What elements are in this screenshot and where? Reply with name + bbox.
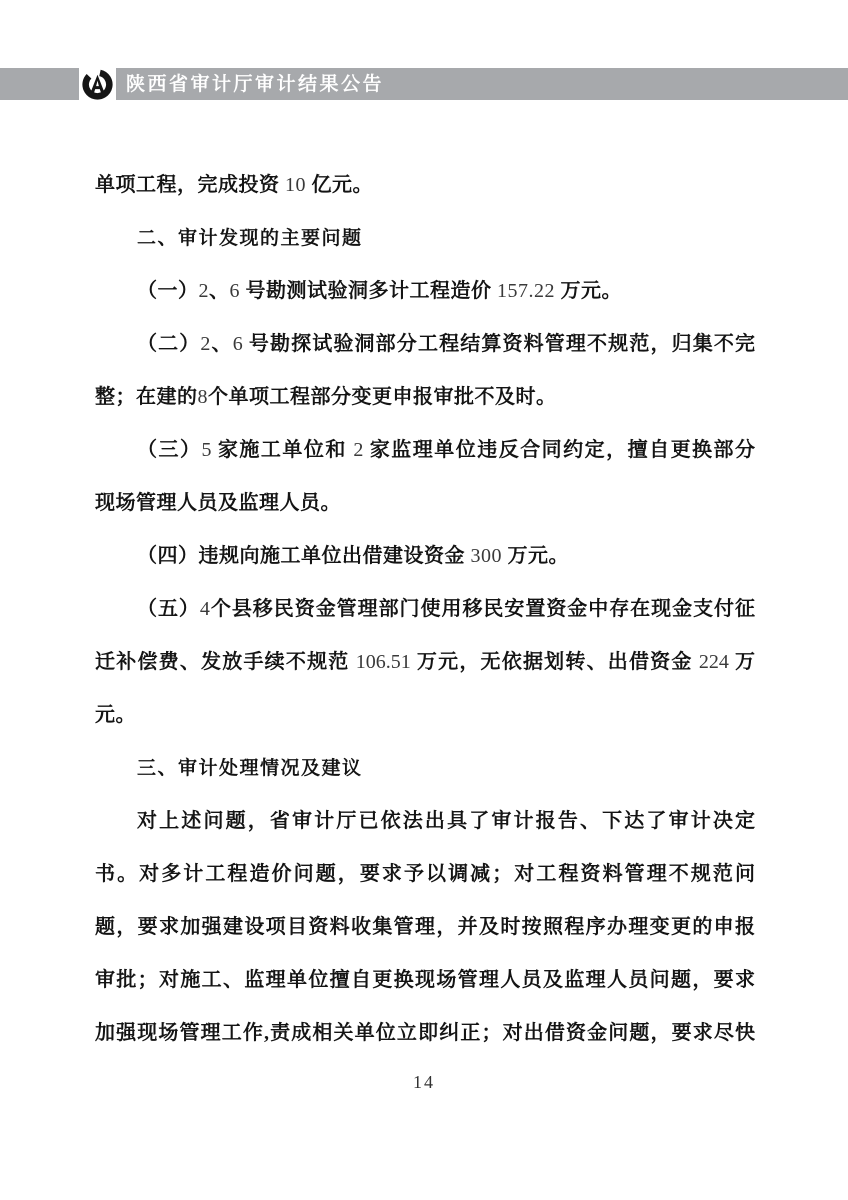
document-page: 陕西省审计厅审计结果公告 单项工程，完成投资 10 亿元。二、审计发现的主要问题…	[0, 0, 848, 1200]
numeric-value: 5	[201, 439, 211, 461]
text-line: 迁补偿费、发放手续不规范 106.51 万元，无依据划转、出借资金 224 万	[95, 636, 755, 689]
text-line: 现场管理人员及监理人员。	[95, 477, 755, 530]
section-heading: 二、审计发现的主要问题	[95, 212, 755, 265]
numeric-value: 4	[200, 598, 210, 620]
numeric-value: 157.22	[497, 280, 555, 302]
numeric-value: 10	[285, 174, 306, 196]
text-line: 题，要求加强建设项目资料收集管理，并及时按照程序办理变更的申报	[95, 901, 755, 954]
text-line: 对上述问题，省审计厅已依法出具了审计报告、下达了审计决定	[95, 795, 755, 848]
header-bar-left	[0, 68, 79, 100]
numeric-value: 6	[233, 333, 243, 355]
numeric-value: 2	[199, 280, 210, 302]
document-body: 单项工程，完成投资 10 亿元。二、审计发现的主要问题（一）2、6 号勘测试验洞…	[95, 159, 755, 1060]
numeric-value: 224	[699, 651, 729, 673]
text-line: 整；在建的8个单项工程部分变更申报审批不及时。	[95, 371, 755, 424]
numeric-value: 300	[471, 545, 503, 567]
numeric-value: 106.51	[356, 651, 411, 673]
text-line: （三）5 家施工单位和 2 家监理单位违反合同约定，擅自更换部分	[95, 424, 755, 477]
section-heading: 三、审计处理情况及建议	[95, 742, 755, 795]
text-line: 加强现场管理工作,责成相关单位立即纠正；对出借资金问题，要求尽快	[95, 1007, 755, 1060]
text-line: 单项工程，完成投资 10 亿元。	[95, 159, 755, 212]
numeric-value: 6	[230, 280, 241, 302]
header-bar: 陕西省审计厅审计结果公告	[116, 68, 848, 100]
text-line: （五）4个县移民资金管理部门使用移民安置资金中存在现金支付征	[95, 583, 755, 636]
header-title: 陕西省审计厅审计结果公告	[126, 68, 384, 100]
page-header: 陕西省审计厅审计结果公告	[0, 0, 848, 120]
numeric-value: 2	[353, 439, 363, 461]
text-line: （一）2、6 号勘测试验洞多计工程造价 157.22 万元。	[95, 265, 755, 318]
text-line: 元。	[95, 689, 755, 742]
numeric-value: 2	[200, 333, 210, 355]
text-line: （二）2、6 号勘探试验洞部分工程结算资料管理不规范，归集不完	[95, 318, 755, 371]
page-number: 14	[0, 1072, 848, 1093]
numeric-value: 8	[198, 386, 209, 408]
audit-logo	[82, 63, 113, 106]
text-line: 书。对多计工程造价问题，要求予以调减；对工程资料管理不规范问	[95, 848, 755, 901]
audit-emblem-icon	[82, 63, 113, 106]
text-line: 审批；对施工、监理单位擅自更换现场管理人员及监理人员问题，要求	[95, 954, 755, 1007]
text-line: （四）违规向施工单位出借建设资金 300 万元。	[95, 530, 755, 583]
